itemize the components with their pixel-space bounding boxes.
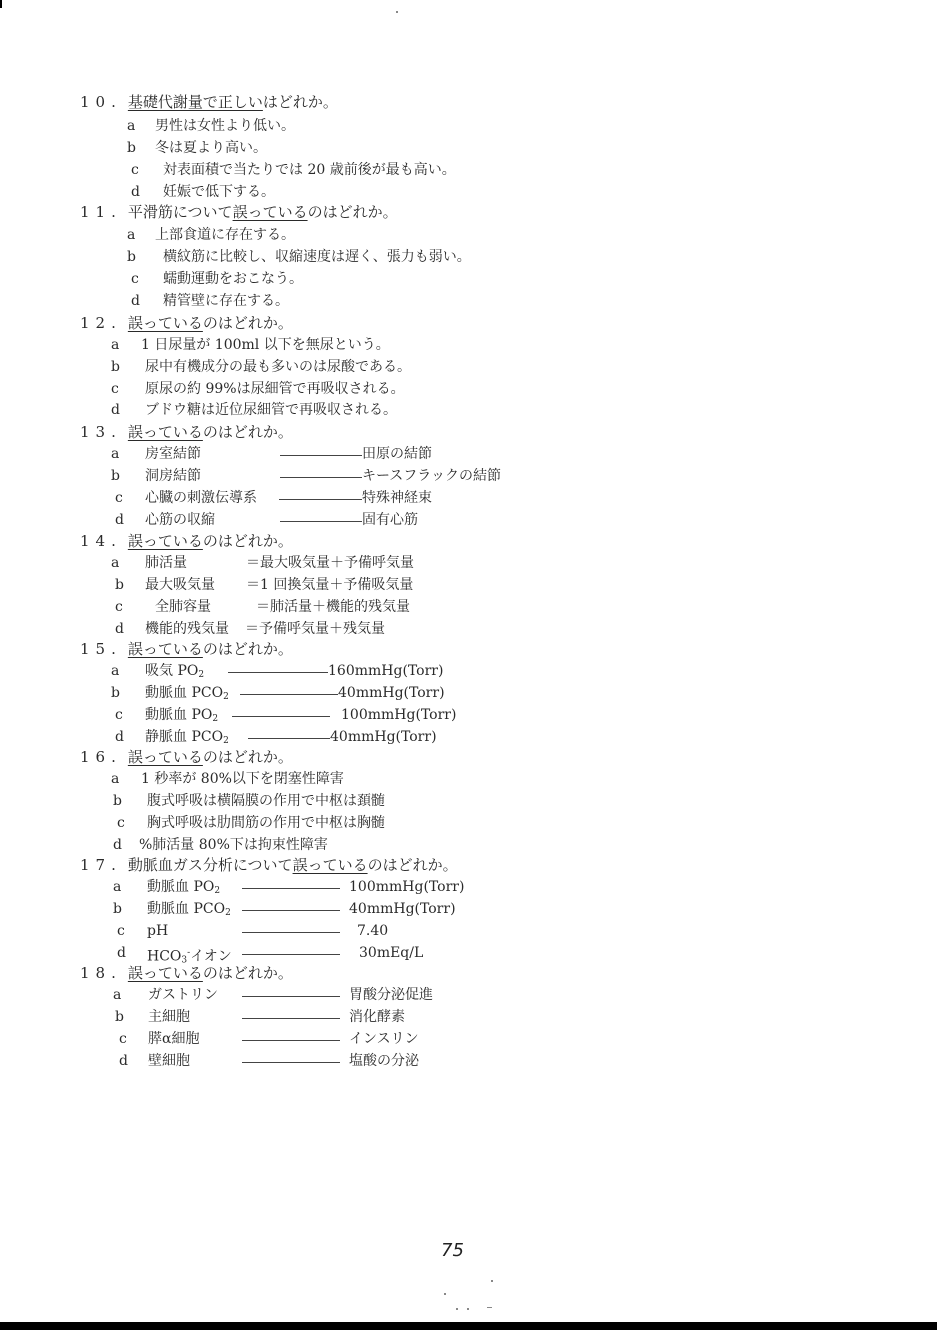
question-emphasis: 誤っている [293,856,368,874]
question-number: 16. [80,747,122,768]
connector-line [242,932,340,933]
option-10b: b冬は夏より高い。 [127,138,267,159]
option-text: 冬は夏より高い。 [155,140,267,156]
connector-line [280,477,362,478]
option-label: a [111,769,141,790]
question-number: 11. [80,202,122,223]
option-16b: b腹式呼吸は横隔膜の作用で中枢は頚髄 [113,791,385,812]
option-label: c [115,488,123,509]
option-term: 主細胞 [148,1007,190,1028]
subscript: 2 [214,886,220,896]
option-definition: インスリン [349,1029,419,1050]
option-label: c [117,813,147,834]
option-11a: a上部食道に存在する。 [127,225,295,246]
option-11b: b横紋筋に比較し、収縮速度は遅く、張力も弱い。 [127,247,471,268]
connector-line [242,954,340,955]
option-12d: dブドウ糖は近位尿細管で再吸収される。 [111,400,397,421]
scan-speck [456,1308,458,1310]
scan-speck [487,1307,492,1308]
option-definition: 田原の結節 [362,444,432,465]
connector-line [242,910,340,911]
term-text: 動脈血 PO [145,707,212,723]
option-value: 40mmHg(Torr) [349,899,456,920]
connector-line [228,672,328,673]
scan-speck [444,1293,446,1295]
subscript: 2 [223,692,229,702]
question-emphasis: 誤っている [233,203,308,221]
option-term: 房室結節 [145,444,201,465]
question-suffix: のはどれか。 [368,856,458,874]
question-suffix: のはどれか。 [308,203,398,221]
question-suffix: はどれか。 [263,93,338,111]
question-14: 14.誤っているのはどれか。 [80,531,293,552]
question-emphasis: 誤っている [128,314,203,332]
option-label: a [127,116,155,137]
option-label: d [119,1051,128,1072]
subscript: 2 [225,908,231,918]
option-12a: a1 日尿量が 100ml 以下を無尿という。 [111,335,390,356]
option-label: d [113,835,139,856]
option-term: pH [147,921,168,942]
option-16d: d%肺活量 80%下は拘束性障害 [113,835,328,856]
option-label: d [131,291,163,312]
option-10a: a男性は女性より低い。 [127,116,295,137]
option-definition: 胃酸分泌促進 [349,985,433,1006]
question-number: 10. [80,92,122,113]
question-17: 17.動脈血ガス分析について誤っているのはどれか。 [80,855,458,876]
question-emphasis: 誤っている [128,964,203,982]
option-definition: ＝肺活量＋機能的残気量 [256,597,410,618]
option-12b: b尿中有機成分の最も多いのは尿酸である。 [111,357,411,378]
option-label: b [111,683,120,704]
option-value: 160mmHg(Torr) [328,661,443,682]
option-value: 100mmHg(Torr) [349,877,464,898]
term-text: 動脈血 PO [147,879,214,895]
option-term: 心臓の刺激伝導系 [145,488,257,509]
option-value: 100mmHg(Torr) [341,705,456,726]
page-number: 75 [441,1240,464,1261]
option-label: b [115,1007,124,1028]
subscript: 2 [198,670,204,680]
option-term: 最大吸気量 [145,575,215,596]
connector-line [242,1062,340,1063]
option-label: c [131,269,163,290]
option-term: 心筋の収縮 [145,510,215,531]
question-emphasis: 誤っている [128,423,203,441]
option-label: a [113,877,121,898]
question-number: 12. [80,313,122,334]
option-label: b [115,575,124,596]
subscript: 2 [212,714,218,724]
option-term: 洞房結節 [145,466,201,487]
term-text: 動脈血 PCO [147,901,225,917]
option-text: 1 日尿量が 100ml 以下を無尿という。 [141,337,390,353]
option-16c: c胸式呼吸は肋間筋の作用で中枢は胸髄 [117,813,385,834]
connector-line [248,738,330,739]
question-suffix: のはどれか。 [203,640,293,658]
option-definition: 塩酸の分泌 [349,1051,419,1072]
option-label: c [119,1029,127,1050]
option-value: 7.40 [357,921,388,942]
question-number: 15. [80,639,122,660]
option-definition: キースフラックの結節 [362,466,501,487]
option-label: a [111,444,119,465]
option-term: 膵α細胞 [148,1029,199,1050]
option-text: 横紋筋に比較し、収縮速度は遅く、張力も弱い。 [163,249,471,265]
option-value: 40mmHg(Torr) [338,683,445,704]
option-label: a [111,661,119,682]
question-number: 13. [80,422,122,443]
option-label: a [111,335,141,356]
option-definition: 固有心筋 [362,510,418,531]
option-label: b [111,357,145,378]
option-label: c [115,705,123,726]
option-label: b [127,247,163,268]
option-12c: c原尿の約 99%は尿細管で再吸収される。 [111,379,405,400]
option-text: %肺活量 80%下は拘束性障害 [139,837,328,853]
connector-line [242,888,340,889]
term-text: 静脈血 PCO [145,729,223,745]
option-term: 全肺容量 [155,597,211,618]
option-11d: d精管壁に存在する。 [131,291,289,312]
connector-line [240,694,338,695]
option-text: 原尿の約 99%は尿細管で再吸収される。 [145,381,405,397]
option-label: c [115,597,123,618]
question-11: 11.平滑筋について誤っているのはどれか。 [80,202,398,223]
scan-speck [491,1280,493,1282]
option-text: 腹式呼吸は横隔膜の作用で中枢は頚髄 [147,793,385,809]
question-suffix: のはどれか。 [203,748,293,766]
option-11c: c蠕動運動をおこなう。 [131,269,303,290]
question-prefix: 動脈血ガス分析について [128,856,293,874]
option-text: 胸式呼吸は肋間筋の作用で中枢は胸髄 [147,815,385,831]
option-label: a [113,985,121,1006]
question-12: 12.誤っているのはどれか。 [80,313,293,334]
question-suffix: のはどれか。 [203,532,293,550]
option-term: 機能的残気量 [145,619,229,640]
question-18: 18.誤っているのはどれか。 [80,963,293,984]
question-suffix: のはどれか。 [203,423,293,441]
question-suffix: のはどれか。 [203,314,293,332]
option-label: c [117,921,125,942]
option-definition: ＝予備呼気量＋残気量 [245,619,385,640]
question-number: 17. [80,855,122,876]
connector-line [242,1018,340,1019]
option-text: 男性は女性より低い。 [155,118,295,134]
option-text: 対表面積で当たりでは 20 歳前後が最も高い。 [163,162,456,178]
scan-speck [467,1308,469,1310]
question-15: 15.誤っているのはどれか。 [80,639,293,660]
option-10c: c対表面積で当たりでは 20 歳前後が最も高い。 [131,160,456,181]
option-label: b [111,466,120,487]
question-prefix: 平滑筋について [128,203,233,221]
option-text: ブドウ糖は近位尿細管で再吸収される。 [145,402,397,418]
subscript: 2 [223,736,229,746]
connector-line [242,1040,340,1041]
option-label: b [113,791,147,812]
question-emphasis: 誤っている [128,748,203,766]
option-text: 尿中有機成分の最も多いのは尿酸である。 [145,359,411,375]
question-10: 10.基礎代謝量で正しいはどれか。 [80,92,338,113]
scan-speck [396,11,398,13]
question-number: 18. [80,963,122,984]
option-term: 壁細胞 [148,1051,190,1072]
option-definition: ＝最大吸気量＋予備呼気量 [246,553,414,574]
option-value: 30mEq/L [359,943,423,964]
option-16a: a1 秒率が 80%以下を閉塞性障害 [111,769,344,790]
question-emphasis: 誤っている [128,532,203,550]
term-text: 動脈血 PCO [145,685,223,701]
option-label: a [127,225,155,246]
question-suffix: のはどれか。 [203,964,293,982]
scan-border-bottom [0,1322,937,1330]
scan-edge-mark [0,0,2,8]
question-emphasis: 基礎代謝量で正しい [128,93,263,111]
option-10d: d妊娠で低下する。 [131,182,275,203]
connector-line [280,455,362,456]
option-text: 精管壁に存在する。 [163,293,289,309]
option-label: d [131,182,163,203]
option-definition: 消化酵素 [349,1007,405,1028]
connector-line [280,521,362,522]
question-emphasis: 誤っている [128,640,203,658]
option-label: d [111,400,145,421]
option-label: d [115,510,124,531]
option-value: 40mmHg(Torr) [330,727,437,748]
option-label: d [115,727,124,748]
option-label: b [113,899,122,920]
option-label: c [131,160,163,181]
option-label: d [117,943,126,964]
option-text: 上部食道に存在する。 [155,227,295,243]
option-label: b [127,138,155,159]
option-text: 妊娠で低下する。 [163,184,275,200]
option-label: a [111,553,119,574]
connector-line [279,499,362,500]
option-definition: ＝1 回換気量＋予備吸気量 [246,575,413,596]
option-text: 1 秒率が 80%以下を閉塞性障害 [141,771,344,787]
option-text: 蠕動運動をおこなう。 [163,271,303,287]
option-definition: 特殊神経束 [362,488,432,509]
term-text: 吸気 PO [145,663,198,679]
connector-line [232,716,330,717]
option-term: ガストリン [148,985,218,1006]
connector-line [242,996,340,997]
option-term: 肺活量 [145,553,187,574]
option-label: c [111,379,145,400]
question-16: 16.誤っているのはどれか。 [80,747,293,768]
option-label: d [115,619,124,640]
question-13: 13.誤っているのはどれか。 [80,422,293,443]
question-number: 14. [80,531,122,552]
